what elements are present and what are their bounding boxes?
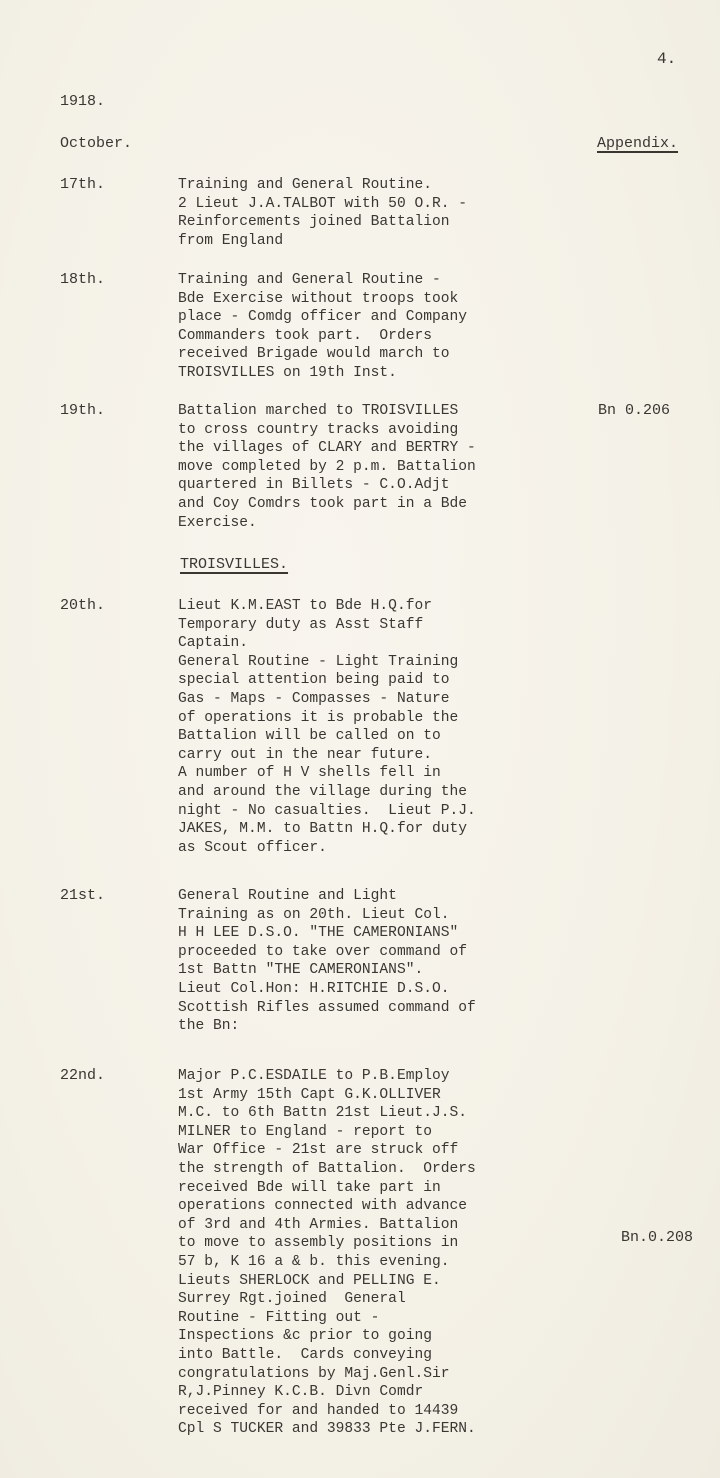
entry-date: 21st. (60, 887, 105, 904)
entry-text: Training and General Routine. 2 Lieut J.… (178, 176, 598, 250)
location-heading: TROISVILLES. (180, 556, 288, 573)
appendix-reference: Bn 0.206 (598, 402, 670, 419)
year-heading: 1918. (60, 93, 105, 110)
entry-text: Major P.C.ESDAILE to P.B.Employ 1st Army… (178, 1067, 598, 1439)
entry-date: 20th. (60, 597, 105, 614)
entry-text: Training and General Routine - Bde Exerc… (178, 271, 598, 383)
entry-text: Lieut K.M.EAST to Bde H.Q.for Temporary … (178, 597, 598, 857)
entry-text: General Routine and Light Training as on… (178, 887, 598, 1036)
war-diary-page: 4. 1918. October. Appendix. 17th. Traini… (0, 0, 720, 1478)
appendix-reference: Bn.0.208 (621, 1229, 693, 1246)
entry-date: 18th. (60, 271, 105, 288)
month-heading: October. (60, 135, 132, 152)
entry-date: 22nd. (60, 1067, 105, 1084)
entry-text: Battalion marched to TROISVILLES to cros… (178, 402, 598, 532)
page-number: 4. (657, 50, 676, 68)
entry-date: 19th. (60, 402, 105, 419)
entry-date: 17th. (60, 176, 105, 193)
appendix-column-heading: Appendix. (597, 135, 678, 152)
